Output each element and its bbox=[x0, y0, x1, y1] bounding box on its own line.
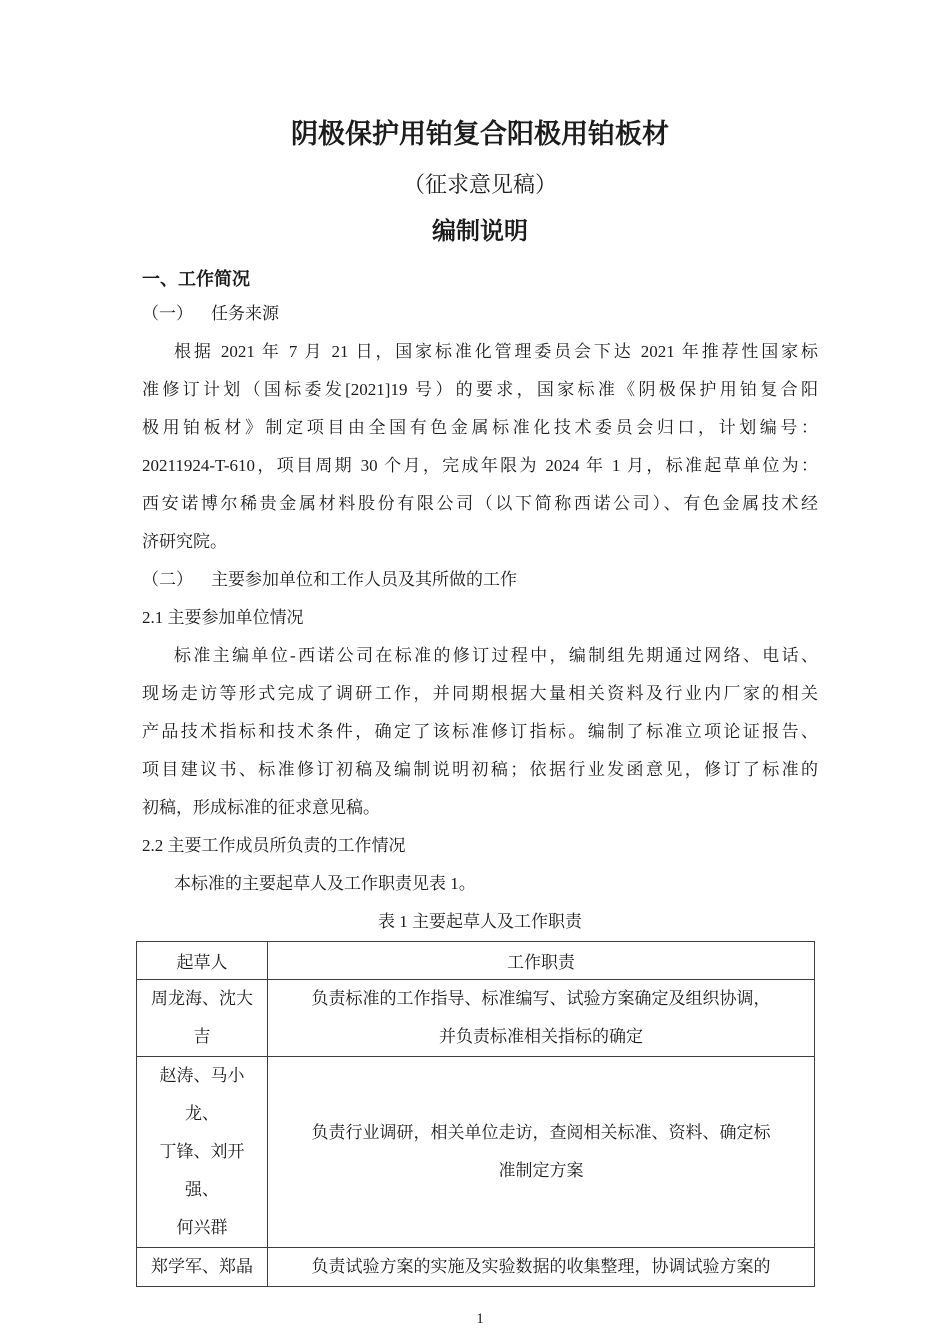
duty-line: 负责标准的工作指导、标准编写、试验方案确定及组织协调， bbox=[274, 980, 808, 1018]
drafter-name-line: 何兴群 bbox=[143, 1209, 261, 1247]
drafter-name-line: 赵涛、马小龙、 bbox=[143, 1057, 261, 1133]
document-page: 阴极保护用铂复合阳极用铂板材 （征求意见稿） 编制说明 一、工作简况 （一）任务… bbox=[0, 0, 950, 1344]
table-row: 周龙海、沈大吉负责标准的工作指导、标准编写、试验方案确定及组织协调，并负责标准相… bbox=[137, 980, 815, 1057]
drafter-name-line: 丁锋、刘开强、 bbox=[143, 1133, 261, 1209]
drafters-table-head: 起草人工作职责 bbox=[137, 942, 815, 980]
duty-line: 负责试验方案的实施及实验数据的收集整理，协调试验方案的 bbox=[274, 1248, 808, 1286]
table-header-cell: 工作职责 bbox=[268, 942, 815, 980]
duty-cell: 负责标准的工作指导、标准编写、试验方案确定及组织协调，并负责标准相关指标的确定 bbox=[268, 980, 815, 1057]
drafters-table-body: 周龙海、沈大吉负责标准的工作指导、标准编写、试验方案确定及组织协调，并负责标准相… bbox=[137, 980, 815, 1287]
duty-line: 准制定方案 bbox=[274, 1152, 808, 1190]
paragraph-line: 标准主编单位-西诺公司在标准的修订过程中，编制组先期通过网络、电话、 bbox=[142, 637, 818, 675]
paragraph-line: 20211924-T-610，项目周期 30 个月，完成年限为 2024 年 1… bbox=[142, 447, 818, 485]
page-number: 1 bbox=[142, 1309, 818, 1329]
paragraph-revision-process: 标准主编单位-西诺公司在标准的修订过程中，编制组先期通过网络、电话、现场走访等形… bbox=[142, 637, 818, 827]
subsection-1-2-title: 主要参加单位和工作人员及其所做的工作 bbox=[211, 570, 517, 589]
table-row: 赵涛、马小龙、丁锋、刘开强、何兴群负责行业调研，相关单位走访，查阅相关标准、资料… bbox=[137, 1057, 815, 1248]
paragraph-line: 济研究院。 bbox=[142, 523, 818, 561]
table-row: 郑学军、郑晶负责试验方案的实施及实验数据的收集整理，协调试验方案的 bbox=[137, 1248, 815, 1287]
drafter-cell: 赵涛、马小龙、丁锋、刘开强、何兴群 bbox=[137, 1057, 268, 1248]
duty-cell: 负责行业调研，相关单位走访，查阅相关标准、资料、确定标准制定方案 bbox=[268, 1057, 815, 1248]
table-intro-line: 本标准的主要起草人及工作职责见表 1。 bbox=[142, 865, 818, 903]
paragraph-line: 项目建议书、标准修订初稿及编制说明初稿；依据行业发函意见，修订了标准的 bbox=[142, 751, 818, 789]
paragraph-line: 西安诺博尔稀贵金属材料股份有限公司（以下简称西诺公司）、有色金属技术经 bbox=[142, 485, 818, 523]
duty-line: 负责行业调研，相关单位走访，查阅相关标准、资料、确定标 bbox=[274, 1114, 808, 1152]
table-header-row: 起草人工作职责 bbox=[137, 942, 815, 980]
subsection-1-2-heading: （二）主要参加单位和工作人员及其所做的工作 bbox=[142, 561, 818, 599]
drafters-table: 起草人工作职责 周龙海、沈大吉负责标准的工作指导、标准编写、试验方案确定及组织协… bbox=[136, 941, 815, 1287]
drafter-cell: 周龙海、沈大吉 bbox=[137, 980, 268, 1057]
paragraph-line: 初稿，形成标准的征求意见稿。 bbox=[142, 789, 818, 827]
subsection-2-2-heading: 2.2 主要工作成员所负责的工作情况 bbox=[142, 827, 818, 865]
duty-line: 并负责标准相关指标的确定 bbox=[274, 1018, 808, 1056]
drafter-name-line: 郑学军、郑晶 bbox=[143, 1248, 261, 1286]
paragraph-line: 准修订计划（国标委发[2021]19 号）的要求，国家标准《阴极保护用铂复合阳 bbox=[142, 371, 818, 409]
paragraph-line: 根据 2021 年 7 月 21 日，国家标准化管理委员会下达 2021 年推荐… bbox=[142, 333, 818, 371]
table-header-cell: 起草人 bbox=[137, 942, 268, 980]
table-caption: 表 1 主要起草人及工作职责 bbox=[142, 903, 818, 941]
document-body: （一）任务来源 根据 2021 年 7 月 21 日，国家标准化管理委员会下达 … bbox=[142, 295, 818, 941]
document-type-heading: 编制说明 bbox=[142, 220, 818, 244]
subsection-1-1-label: （一） bbox=[142, 304, 193, 323]
paragraph-line: 产品技术指标和技术条件，确定了该标准修订指标。编制了标准立项论证报告、 bbox=[142, 713, 818, 751]
subsection-2-1-heading: 2.1 主要参加单位情况 bbox=[142, 599, 818, 637]
paragraph-task-source: 根据 2021 年 7 月 21 日，国家标准化管理委员会下达 2021 年推荐… bbox=[142, 333, 818, 561]
section-1-heading: 一、工作简况 bbox=[142, 270, 818, 289]
drafter-name-line: 周龙海、沈大吉 bbox=[143, 980, 261, 1056]
subsection-1-1-title: 任务来源 bbox=[211, 304, 279, 323]
document-title: 阴极保护用铂复合阳极用铂板材 bbox=[142, 121, 818, 148]
drafter-cell: 郑学军、郑晶 bbox=[137, 1248, 268, 1287]
subsection-1-2-label: （二） bbox=[142, 570, 193, 589]
document-subtitle: （征求意见稿） bbox=[142, 173, 818, 196]
subsection-1-1-heading: （一）任务来源 bbox=[142, 295, 818, 333]
duty-cell: 负责试验方案的实施及实验数据的收集整理，协调试验方案的 bbox=[268, 1248, 815, 1287]
paragraph-line: 极用铂板材》制定项目由全国有色金属标准化技术委员会归口，计划编号： bbox=[142, 409, 818, 447]
paragraph-line: 现场走访等形式完成了调研工作，并同期根据大量相关资料及行业内厂家的相关 bbox=[142, 675, 818, 713]
